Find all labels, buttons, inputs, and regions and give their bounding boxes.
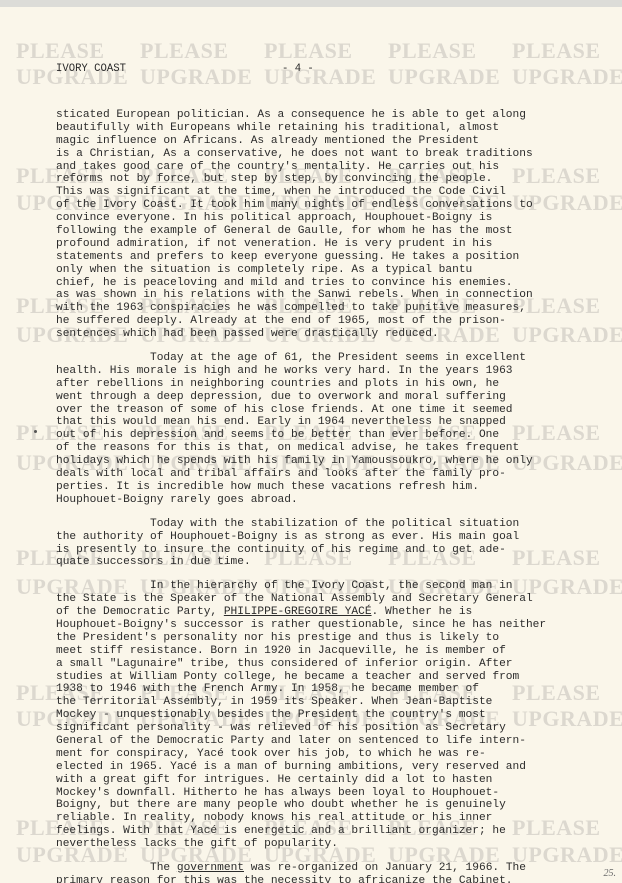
text-line: as was shown in his relations with the S… [56,289,616,302]
text-line: elected in 1965. Yacé is a man of burnin… [56,761,616,774]
text-line: magic influence on Africans. As already … [56,135,616,148]
text-line: feelings. With that Yacé is energetic an… [56,825,616,838]
text-line: with a great gift for intrigues. He cert… [56,774,616,787]
text-line: the State is the Speaker of the National… [56,593,616,606]
text-line: the Territorial Assembly, in 1959 its Sp… [56,696,616,709]
text-line: of the Ivory Coast. It took him many nig… [56,199,616,212]
text-line: he suffered deeply. Already at the end o… [56,315,616,328]
paragraph-gap [56,569,616,580]
text-line: after rebellions in neighboring countrie… [56,378,616,391]
text-line: 1938 to 1946 with the French Army. In 19… [56,683,616,696]
text-line: chief, he is peaceloving and mild and tr… [56,277,616,290]
text-line: went through a deep depression, due to o… [56,391,616,404]
text-line: of the reasons for this is that, on medi… [56,442,616,455]
page-number: - 4 - [282,63,314,75]
text-line: convince everyone. In his political appr… [56,212,616,225]
paragraph: Today at the age of 61, the President se… [56,352,616,507]
paragraph-gap [56,341,616,352]
text-line: primary reason for this was the necessit… [56,875,616,883]
text-line: sticated European politician. As a conse… [56,109,616,122]
text-line: is a Christian, As a conservative, he do… [56,148,616,161]
text-line: out of his depression and seems to be be… [56,429,616,442]
document-body: sticated European politician. As a conse… [56,109,616,883]
text-line: studies at William Ponty college, he bec… [56,671,616,684]
paragraph: Today with the stabilization of the poli… [56,518,616,570]
text-line: that this would mean his end. Early in 1… [56,416,616,429]
text-line: is presently to insure the continuity of… [56,544,616,557]
text-line: statements and prefers to keep everyone … [56,251,616,264]
paragraph: In the hierarchy of the Ivory Coast, the… [56,580,616,851]
text-line: Mockey - unquestionably besides the Pres… [56,709,616,722]
text-line: the President's personality nor his pres… [56,632,616,645]
text-line: Houphouet-Boigny rarely goes abroad. [56,494,616,507]
text-line: General of the Democratic Party and late… [56,735,616,748]
text-line: quate successors in due time. [56,556,616,569]
paragraph-gap [56,851,616,862]
handwritten-page-note: 25. [604,868,617,879]
text-line: over the treason of some of his close fr… [56,404,616,417]
paragraph: sticated European politician. As a conse… [56,109,616,341]
scan-top-edge [0,0,622,7]
text-line: Mockey's downfall. Hitherto he has alway… [56,787,616,800]
underlined-text: government [177,862,244,874]
text-line: ment for conspiracy, Yacé took over his … [56,748,616,761]
text-line: The government was re-organized on Janua… [56,862,616,875]
paragraph: The government was re-organized on Janua… [56,862,616,883]
text-line: holidays which he spends with his family… [56,455,616,468]
text-line: nevertheless lacks the gift of popularit… [56,838,616,851]
text-line: Today at the age of 61, the President se… [56,352,616,365]
text-line: health. His morale is high and he works … [56,365,616,378]
text-line: Houphouet-Boigny's successor is rather q… [56,619,616,632]
text-line: profound admiration, if not veneration. … [56,238,616,251]
text-line: In the hierarchy of the Ivory Coast, the… [56,580,616,593]
text-line: reforms not by force, but step by step, … [56,173,616,186]
text-line: only when the situation is completely ri… [56,264,616,277]
text-line: This was significant at the time, when h… [56,186,616,199]
text-line: and takes good care of the country's men… [56,161,616,174]
text-line: Boigny, but there are many people who do… [56,799,616,812]
text-line: the authority of Houphouet-Boigny is as … [56,531,616,544]
text-line: sentences which had been passed were dra… [56,328,616,341]
text-line: deals with local and tribal affairs and … [56,468,616,481]
margin-mark [34,430,37,433]
text-line: Today with the stabilization of the poli… [56,518,616,531]
text-line: perties. It is incredible how much these… [56,481,616,494]
text-line: following the example of General de Gaul… [56,225,616,238]
text-line: beautifully with Europeans while retaini… [56,122,616,135]
text-line: significant personality - was relieved o… [56,722,616,735]
text-line: meet stiff resistance. Born in 1920 in J… [56,645,616,658]
text-line: reliable. In reality, nobody knows his r… [56,812,616,825]
page-header: IVORY COAST - 4 - [56,63,576,77]
underlined-text: PHILIPPE-GREGOIRE YACÉ [224,606,372,618]
document-title: IVORY COAST [56,63,126,75]
paragraph-gap [56,507,616,518]
text-line: of the Democratic Party, PHILIPPE-GREGOI… [56,606,616,619]
text-line: a small "Lagunaire" tribe, thus consider… [56,658,616,671]
text-line: with the 1963 conspiracies he was compel… [56,302,616,315]
